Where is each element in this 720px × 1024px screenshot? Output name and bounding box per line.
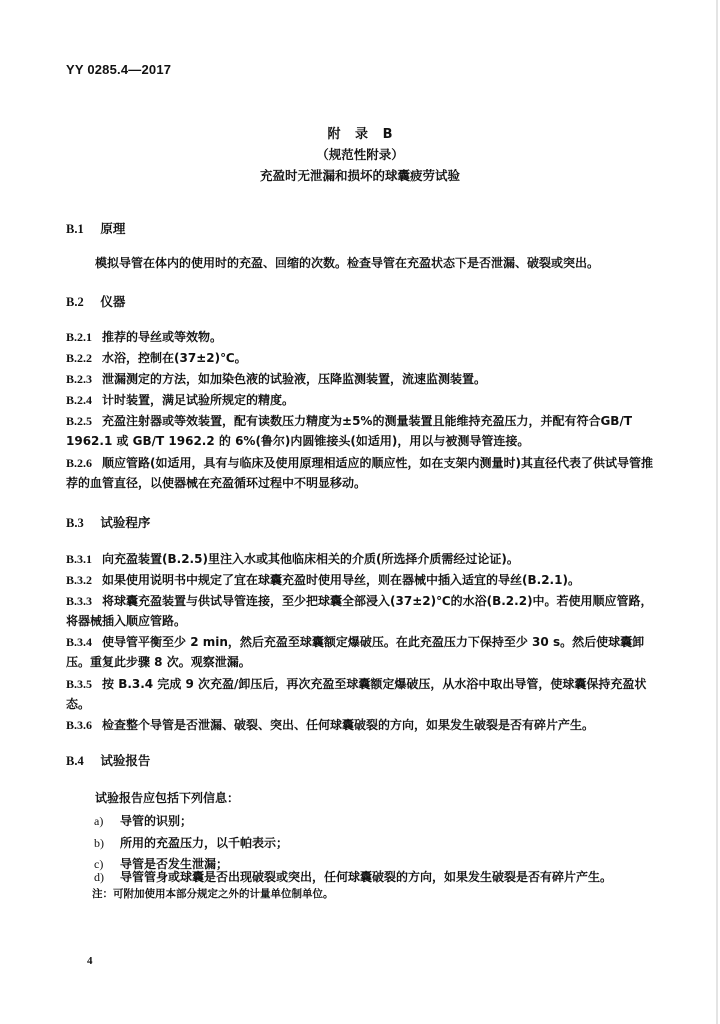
section-heading-b2: B.2 仪器 xyxy=(66,292,125,310)
section-title: 原理 xyxy=(100,221,125,236)
clause-text: 计时装置，满足试验所规定的精度。 xyxy=(102,393,294,407)
clause-number: B.3.4 xyxy=(66,635,92,649)
clause-b2-3: B.2.3泄漏测定的方法，如加染色液的试验液，压降监测装置，流速监测装置。 xyxy=(66,369,660,389)
clause-number: B.3.1 xyxy=(66,552,92,566)
list-item-b: b)所用的充盈压力，以千帕表示； xyxy=(94,834,288,851)
clause-number: B.2.2 xyxy=(66,351,92,365)
annex-name: 充盈时无泄漏和损坏的球囊疲劳试验 xyxy=(0,166,720,184)
note: 注：可附加使用本部分规定之外的计量单位制单位。 xyxy=(92,886,334,901)
clause-number: B.2.6 xyxy=(66,456,92,470)
list-label: a) xyxy=(94,814,120,829)
section-title: 仪器 xyxy=(100,294,125,309)
clause-text: 充盈注射器或等效装置，配有读数压力精度为±5%的测量装置且能维持充盈压力，并配有… xyxy=(66,414,632,448)
clause-b3-2: B.3.2如果使用说明书中规定了宜在球囊充盈时使用导丝，则在器械中插入适宜的导丝… xyxy=(66,570,660,590)
page-number: 4 xyxy=(87,955,93,967)
section-title: 试验程序 xyxy=(100,515,150,530)
section-heading-b4: B.4 试验报告 xyxy=(66,751,150,769)
clause-b2-5: B.2.5充盈注射器或等效装置，配有读数压力精度为±5%的测量装置且能维持充盈压… xyxy=(66,411,660,452)
clause-number: B.3.2 xyxy=(66,573,92,587)
clause-b3-6: B.3.6检查整个导管是否泄漏、破裂、突出、任何球囊破裂的方向，如果发生破裂是否… xyxy=(66,715,660,735)
clause-b2-6: B.2.6顺应管路(如适用，具有与临床及使用原理相适应的顺应性，如在支架内测量时… xyxy=(66,453,660,494)
section-heading-b3: B.3 试验程序 xyxy=(66,513,150,531)
clause-text: 推荐的导丝或等效物。 xyxy=(102,330,222,344)
clause-text: 向充盈装置(B.2.5)里注入水或其他临床相关的介质(所选择介质需经过论证)。 xyxy=(102,552,519,566)
list-text: 导管管身或球囊是否出现破裂或突出，任何球囊破裂的方向，如果发生破裂是否有碎片产生… xyxy=(120,870,612,884)
clause-b2-4: B.2.4计时装置，满足试验所规定的精度。 xyxy=(66,390,660,410)
clause-number: B.3.3 xyxy=(66,594,92,608)
clause-text: 检查整个导管是否泄漏、破裂、突出、任何球囊破裂的方向，如果发生破裂是否有碎片产生… xyxy=(102,718,594,732)
section-title: 试验报告 xyxy=(100,753,150,768)
list-label: b) xyxy=(94,836,120,851)
clause-text: 顺应管路(如适用，具有与临床及使用原理相适应的顺应性，如在支架内测量时)其直径代… xyxy=(66,456,653,490)
clause-number: B.2.4 xyxy=(66,393,92,407)
clause-b3-5: B.3.5按 B.3.4 完成 9 次充盈/卸压后，再次充盈至球囊额定爆破压，从… xyxy=(66,674,660,715)
annex-subtitle: （规范性附录） xyxy=(0,145,720,163)
section-number: B.1 xyxy=(66,222,96,237)
section-number: B.4 xyxy=(66,754,96,769)
section-number: B.2 xyxy=(66,295,96,310)
clause-text: 泄漏测定的方法，如加染色液的试验液，压降监测装置，流速监测装置。 xyxy=(102,372,486,386)
list-text: 导管的识别； xyxy=(120,814,192,828)
clause-b2-2: B.2.2水浴，控制在(37±2)℃。 xyxy=(66,348,660,368)
clause-b3-1: B.3.1向充盈装置(B.2.5)里注入水或其他临床相关的介质(所选择介质需经过… xyxy=(66,549,660,569)
clause-number: B.3.5 xyxy=(66,677,92,691)
section-heading-b1: B.1 原理 xyxy=(66,219,125,237)
list-text: 所用的充盈压力，以千帕表示； xyxy=(120,836,288,850)
list-item-d: d)导管管身或球囊是否出现破裂或突出，任何球囊破裂的方向，如果发生破裂是否有碎片… xyxy=(94,868,694,885)
b4-intro: 试验报告应包括下列信息： xyxy=(95,788,239,808)
clause-text: 水浴，控制在(37±2)℃。 xyxy=(102,351,247,365)
clause-number: B.3.6 xyxy=(66,718,92,732)
clause-text: 按 B.3.4 完成 9 次充盈/卸压后，再次充盈至球囊额定爆破压，从水浴中取出… xyxy=(66,677,646,711)
section-number: B.3 xyxy=(66,516,96,531)
clause-text: 将球囊充盈装置与供试导管连接，至少把球囊全部浸入(37±2)℃的水浴(B.2.2… xyxy=(66,594,653,628)
clause-text: 如果使用说明书中规定了宜在球囊充盈时使用导丝，则在器械中插入适宜的导丝(B.2.… xyxy=(102,573,580,587)
clause-b3-3: B.3.3将球囊充盈装置与供试导管连接，至少把球囊全部浸入(37±2)℃的水浴(… xyxy=(66,591,660,632)
standard-code: YY 0285.4—2017 xyxy=(66,62,171,77)
clause-number: B.2.3 xyxy=(66,372,92,386)
clause-number: B.2.1 xyxy=(66,330,92,344)
list-label: d) xyxy=(94,870,120,885)
clause-b2-1: B.2.1推荐的导丝或等效物。 xyxy=(66,327,660,347)
list-item-a: a)导管的识别； xyxy=(94,812,192,829)
annex-title: 附 录 B xyxy=(0,123,720,142)
clause-text: 使导管平衡至少 2 min，然后充盈至球囊额定爆破压。在此充盈压力下保持至少 3… xyxy=(66,635,644,669)
b1-paragraph: 模拟导管在体内的使用时的充盈、回缩的次数。检查导管在充盈状态下是否泄漏、破裂或突… xyxy=(95,253,685,273)
clause-number: B.2.5 xyxy=(66,414,92,428)
clause-b3-4: B.3.4使导管平衡至少 2 min，然后充盈至球囊额定爆破压。在此充盈压力下保… xyxy=(66,632,660,673)
